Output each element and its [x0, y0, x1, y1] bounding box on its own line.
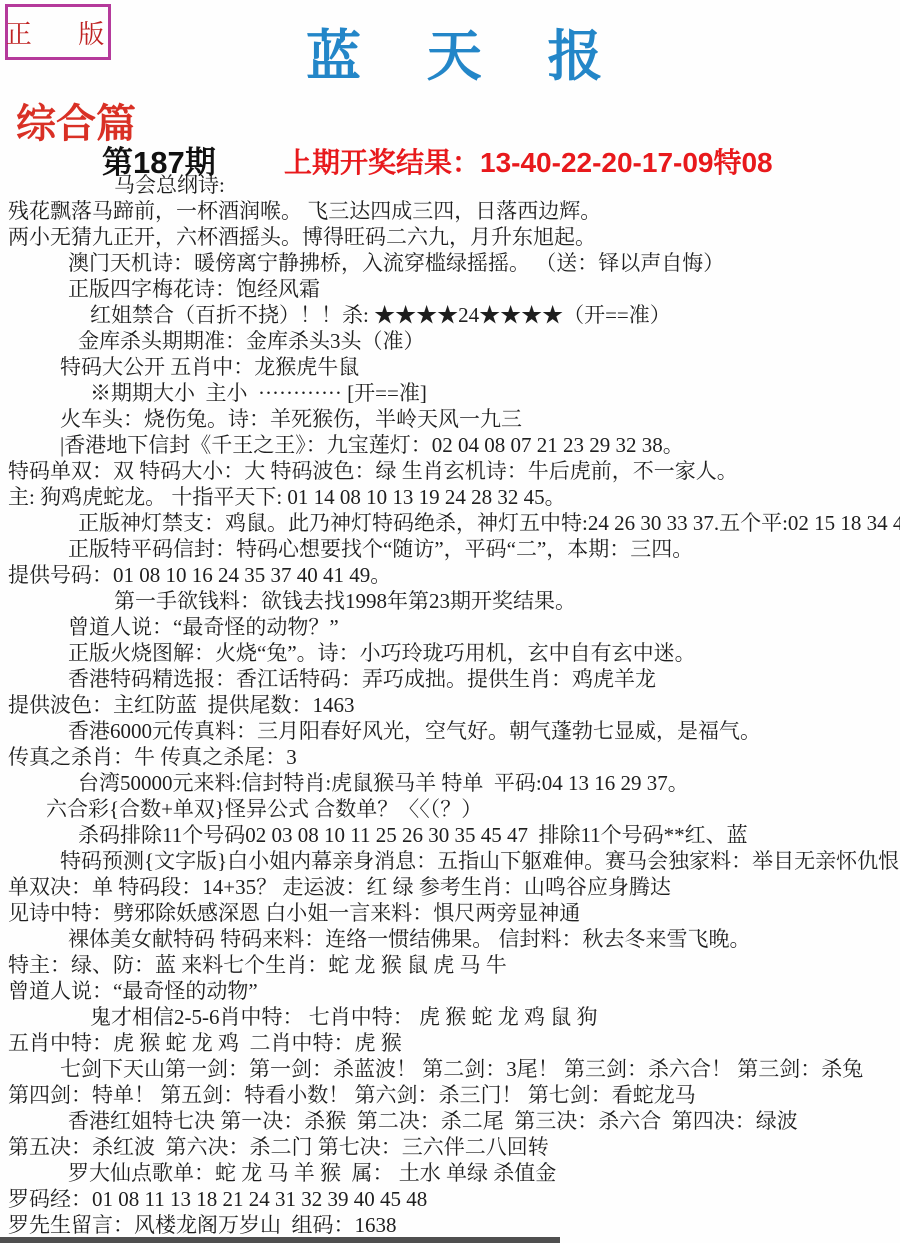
- body-line: 香港特码精选报：香江话特码：弄巧成拙。提供生肖：鸡虎羊龙: [0, 666, 900, 692]
- body-line: 七剑下天山第一剑：第一剑：杀蓝波！ 第二剑：3尾！ 第三剑：杀六合！ 第三剑：杀…: [0, 1056, 900, 1082]
- edition-badge: 正 版: [5, 4, 111, 60]
- tips-body: 马会总纲诗: 残花飘落马蹄前，一杯酒润喉。 飞三达四成三四，日落西边辉。 两小无…: [0, 172, 900, 1238]
- body-line: 金库杀头期期准：金库杀头3头（准）: [0, 328, 900, 354]
- body-line: 正版四字梅花诗：饱经风霜: [0, 276, 900, 302]
- body-line: 提供波色：主红防蓝 提供尾数：1463: [0, 692, 900, 718]
- body-line: 正版火烧图解：火烧“兔”。诗：小巧玲珑巧用机，玄中自有玄中迷。: [0, 640, 900, 666]
- edition-badge-label: 正 版: [0, 14, 124, 51]
- body-line: 特码单双：双 特码大小：大 特码波色：绿 生肖玄机诗：牛后虎前，不一家人。: [0, 458, 900, 484]
- body-line: 裸体美女献特码 特码来料：连络一惯结佛果。 信封料：秋去冬来雪飞晚。: [0, 926, 900, 952]
- paper-title: 蓝 天 报: [306, 12, 629, 91]
- body-line: 罗先生留言：风楼龙阁万岁山 组码：1638: [0, 1212, 900, 1238]
- body-line: 正版神灯禁支：鸡鼠。此乃神灯特码绝杀，神灯五中特:24 26 30 33 37.…: [0, 510, 900, 536]
- body-line: 鬼才相信2-5-6肖中特： 七肖中特： 虎 猴 蛇 龙 鸡 鼠 狗: [0, 1004, 900, 1030]
- body-line: 马会总纲诗:: [0, 172, 900, 198]
- body-line: 香港红姐特七决 第一决：杀猴 第二决：杀二尾 第三决：杀六合 第四决：绿波: [0, 1108, 900, 1134]
- body-line: 曾道人说：“最奇怪的动物？”: [0, 614, 900, 640]
- body-line: 主: 狗鸡虎蛇龙。 十指平天下: 01 14 08 10 13 19 24 28…: [0, 484, 900, 510]
- body-line: 第一手欲钱料：欲钱去找1998年第23期开奖结果。: [0, 588, 900, 614]
- body-line: |香港地下信封《千王之王》：九宝莲灯：02 04 08 07 21 23 29 …: [0, 432, 900, 458]
- body-line: 杀码排除11个号码02 03 08 10 11 25 26 30 35 45 4…: [0, 822, 900, 848]
- body-line: 五肖中特：虎 猴 蛇 龙 鸡 二肖中特：虎 猴: [0, 1030, 900, 1056]
- body-line: 特主：绿、防：蓝 来料七个生肖：蛇 龙 猴 鼠 虎 马 牛: [0, 952, 900, 978]
- body-line: ※期期大小 主小 ············ [开==准]: [0, 380, 900, 406]
- lottery-tip-sheet-page: 正 版 蓝 天 报 综合篇 第187期 上期开奖结果：13-40-22-20-1…: [0, 0, 900, 1243]
- body-line: 澳门天机诗：暖傍离宁静拂桥，入流穿槛绿摇摇。 （送：铎以声自悔）: [0, 250, 900, 276]
- body-line: 传真之杀肖：牛 传真之杀尾：3: [0, 744, 900, 770]
- body-line: 提供号码：01 08 10 16 24 35 37 40 41 49。: [0, 562, 900, 588]
- bottom-scan-bar: [0, 1237, 560, 1243]
- body-line: 第五决：杀红波 第六决：杀二门 第七决：三六伴二八回转: [0, 1134, 900, 1160]
- body-line: 火车头：烧伤兔。诗：羊死猴伤，半岭天风一九三: [0, 406, 900, 432]
- body-line: 两小无猜九正开，六杯酒摇头。博得旺码二六九，月升东旭起。: [0, 224, 900, 250]
- body-line: 罗大仙点歌单：蛇 龙 马 羊 猴 属： 土水 单绿 杀值金: [0, 1160, 900, 1186]
- body-line: 罗码经：01 08 11 13 18 21 24 31 32 39 40 45 …: [0, 1186, 900, 1212]
- body-line: 台湾50000元来料:信封特肖:虎鼠猴马羊 特单 平码:04 13 16 29 …: [0, 770, 900, 796]
- body-line: 残花飘落马蹄前，一杯酒润喉。 飞三达四成三四，日落西边辉。: [0, 198, 900, 224]
- body-line: 曾道人说：“最奇怪的动物”: [0, 978, 900, 1004]
- body-line: 香港6000元传真料：三月阳春好风光，空气好。朝气蓬勃七显威，是福气。: [0, 718, 900, 744]
- body-line: 单双决：单 特码段：14+35？ 走运波：红 绿 参考生肖：山鸣谷应身腾达: [0, 874, 900, 900]
- body-line: 特码大公开 五肖中：龙猴虎牛鼠: [0, 354, 900, 380]
- body-line: 见诗中特：劈邪除妖感深恩 白小姐一言来料：惧尺两旁显神通: [0, 900, 900, 926]
- body-line: 六合彩{合数+单双}怪异公式 合数单？〈〈（？）: [0, 796, 900, 822]
- body-line: 特码预测{文字版}白小姐内幕亲身消息：五指山下躯难伸。赛马会独家料：举目无亲怀仇…: [0, 848, 900, 874]
- body-line: 第四剑：特单！ 第五剑：特看小数！ 第六剑：杀三门！ 第七剑：看蛇龙马: [0, 1082, 900, 1108]
- body-line: 正版特平码信封：特码心想要找个“随访”，平码“二”，本期：三四。: [0, 536, 900, 562]
- body-line: 红姐禁合（百折不挠）！！杀: ★★★★24★★★★（开==准）: [0, 302, 900, 328]
